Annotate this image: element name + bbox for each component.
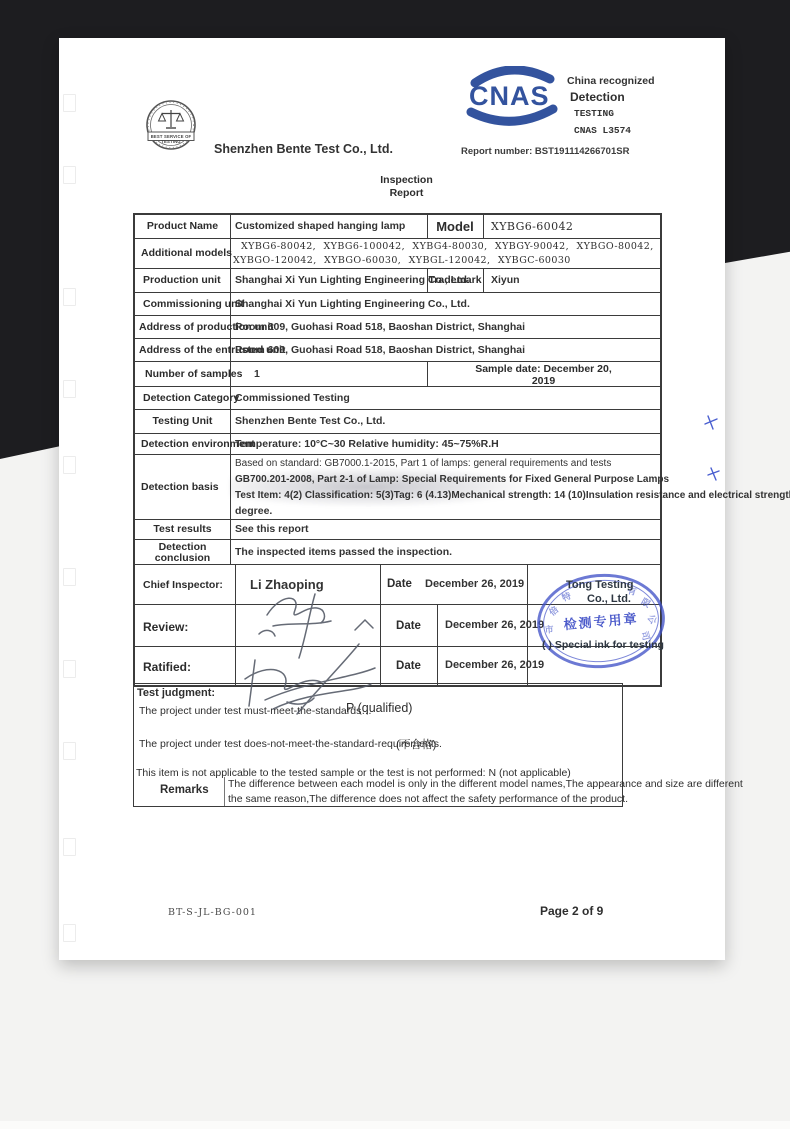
right-dark-wedge bbox=[725, 38, 790, 263]
report-page: BEST SERVICE OF TESTING Shenzhen Bente T… bbox=[59, 38, 725, 960]
blue-margin-marks bbox=[705, 416, 719, 480]
left-dark-wedge bbox=[0, 38, 59, 459]
top-dark-bar bbox=[0, 0, 790, 38]
page-background: BEST SERVICE OF TESTING Shenzhen Bente T… bbox=[0, 0, 790, 1129]
bottom-light-strip bbox=[0, 1121, 790, 1129]
signature-overlay bbox=[59, 38, 725, 960]
doc-code: BT-S-JL-BG-001 bbox=[168, 907, 257, 918]
page-indicator: Page 2 of 9 bbox=[540, 904, 603, 918]
